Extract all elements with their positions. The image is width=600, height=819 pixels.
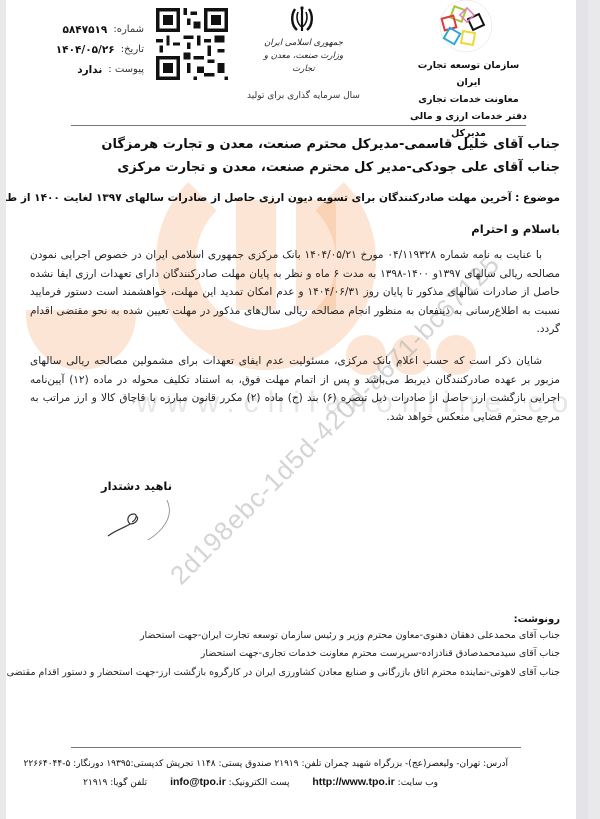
signatory-name: ناهید دشتدار xyxy=(101,479,172,493)
ministry-name: جمهوری اسلامی ایران وزارت صنعت، معدن و ت… xyxy=(256,37,351,76)
letter-meta: شماره: ۵۸۴۷۵۱۹ تاریخ: ۱۴۰۴/۰۵/۲۶ پیوست :… xyxy=(44,24,144,84)
recipient: جناب آقای علی جودکی-مدیر کل محترم صنعت، … xyxy=(6,156,560,179)
cc-item: جناب آقای محمدعلی دهقان دهنوی-معاون محتر… xyxy=(6,630,560,641)
footer-contacts: وب سایت: http://www.tpo.ir پست الکترونیک… xyxy=(83,776,438,788)
email-link[interactable]: info@tpo.ir xyxy=(170,776,226,788)
org-name: سازمان توسعه تجارت ایران معاونت خدمات تج… xyxy=(406,57,531,142)
website-link[interactable]: http://www.tpo.ir xyxy=(312,776,394,788)
header-divider xyxy=(71,125,526,126)
recipient: جناب آقای خلیل قاسمی-مدیرکل محترم صنعت، … xyxy=(6,133,560,156)
recipients: جناب آقای خلیل قاسمی-مدیرکل محترم صنعت، … xyxy=(6,133,560,179)
ministry-line-2: وزارت صنعت، معدن و تجارت xyxy=(256,50,351,76)
year-slogan: سال سرمایه گذاری برای تولید xyxy=(246,91,361,101)
number-value: ۵۸۴۷۵۱۹ xyxy=(62,24,107,36)
cc-item: جناب آقای لاهوتی-نماینده محترم اتاق بازر… xyxy=(6,667,560,678)
letter-date: تاریخ: ۱۴۰۴/۰۵/۲۶ xyxy=(44,44,144,56)
body-paragraph-2: شایان ذکر است که حسب اعلام بانک مرکزی، م… xyxy=(30,352,560,426)
footer-address: آدرس: تهران- ولیعصر(عج)- بزرگراه شهید چم… xyxy=(24,759,508,769)
ministry-line-1: جمهوری اسلامی ایران xyxy=(256,37,351,50)
body-paragraph-1: با عنایت به نامه شماره ۰۴/۱۱۹۳۲۸ مورخ ۱۴… xyxy=(30,246,560,339)
date-label: تاریخ: xyxy=(121,44,144,56)
letter-page: www.chilanonline.com 2d198ebc-1d5d-420d-… xyxy=(6,0,588,819)
cc-title: رونوشت: xyxy=(514,614,560,625)
phone-value: ۲۱۹۱۹ xyxy=(83,778,107,788)
attachment-value: ندارد xyxy=(77,64,102,76)
qr-code-icon xyxy=(156,8,228,80)
number-label: شماره: xyxy=(113,24,144,36)
org-line-1: سازمان توسعه تجارت ایران xyxy=(406,57,531,91)
letter-number: شماره: ۵۸۴۷۵۱۹ xyxy=(44,24,144,36)
attachment-label: پیوست : xyxy=(108,64,144,76)
scan-right-edge xyxy=(576,0,588,819)
website-label: وب سایت: xyxy=(398,778,438,788)
subject-line: موضوع : آخرین مهلت صادرکنندگان برای تسوی… xyxy=(6,192,560,204)
tpo-logo-icon xyxy=(426,0,506,55)
date-value: ۱۴۰۴/۰۵/۲۶ xyxy=(56,44,115,56)
signature-icon xyxy=(106,500,186,540)
phone-label: تلفن گویا: xyxy=(110,778,147,788)
cc-item: جناب آقای سیدمحمدصادق قنادزاده-سرپرست مح… xyxy=(6,648,560,659)
org-line-2: معاونت خدمات تجاری xyxy=(406,91,531,108)
iran-emblem-icon xyxy=(289,5,315,35)
org-line-3: دفتر خدمات ارزی و مالی xyxy=(406,108,531,125)
greeting: باسلام و احترام xyxy=(471,222,560,236)
email-label: پست الکترونیک: xyxy=(229,778,290,788)
letter-attachment: پیوست : ندارد xyxy=(44,64,144,76)
footer-divider xyxy=(71,747,521,748)
